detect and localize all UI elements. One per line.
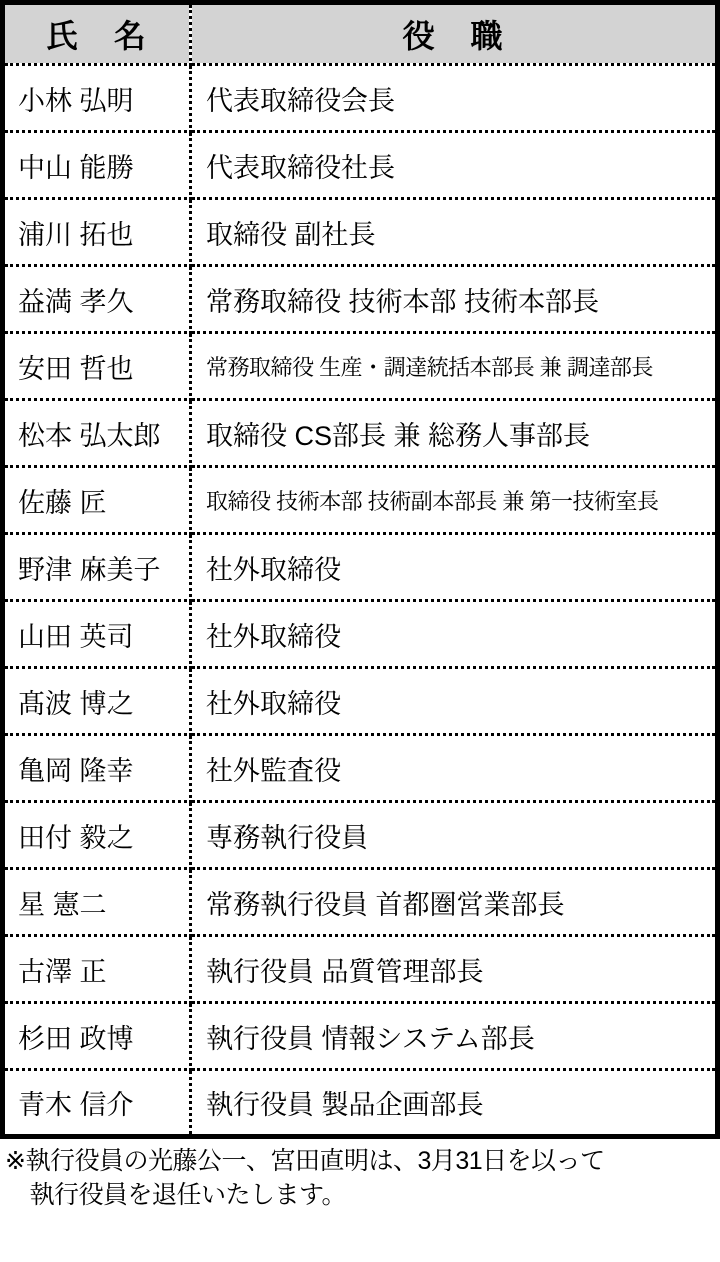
officer-title-cell: 常務執行役員 首都圏営業部長 — [191, 869, 718, 936]
table-row: 松本 弘太郎取締役 CS部長 兼 総務人事部長 — [3, 400, 718, 467]
table-row: 髙波 博之社外取締役 — [3, 668, 718, 735]
officer-title-cell: 常務取締役 技術本部 技術本部長 — [191, 266, 718, 333]
officer-title-cell: 代表取締役会長 — [191, 65, 718, 132]
officer-name-cell: 小林 弘明 — [3, 65, 191, 132]
officer-name-cell: 青木 信介 — [3, 1070, 191, 1137]
officer-name-cell: 益満 孝久 — [3, 266, 191, 333]
officer-name-cell: 田付 毅之 — [3, 802, 191, 869]
table-row: 益満 孝久常務取締役 技術本部 技術本部長 — [3, 266, 718, 333]
title-column-header: 役 職 — [191, 3, 718, 65]
officer-title-cell: 社外取締役 — [191, 668, 718, 735]
officer-name-cell: 亀岡 隆幸 — [3, 735, 191, 802]
press-release-officers-page: 氏 名 役 職 小林 弘明代表取締役会長中山 能勝代表取締役社長浦川 拓也取締役… — [0, 0, 720, 1262]
officer-title-cell: 取締役 技術本部 技術副本部長 兼 第一技術室長 — [191, 467, 718, 534]
table-row: 安田 哲也常務取締役 生産・調達統括本部長 兼 調達部長 — [3, 333, 718, 400]
officer-name-cell: 中山 能勝 — [3, 132, 191, 199]
table-row: 青木 信介執行役員 製品企画部長 — [3, 1070, 718, 1137]
officer-title-cell: 執行役員 情報システム部長 — [191, 1003, 718, 1070]
officer-title-cell: 代表取締役社長 — [191, 132, 718, 199]
officer-name-cell: 星 憲二 — [3, 869, 191, 936]
name-column-header: 氏 名 — [3, 3, 191, 65]
officers-table: 氏 名 役 職 小林 弘明代表取締役会長中山 能勝代表取締役社長浦川 拓也取締役… — [0, 0, 720, 1139]
officer-title-cell: 執行役員 品質管理部長 — [191, 936, 718, 1003]
table-body: 小林 弘明代表取締役会長中山 能勝代表取締役社長浦川 拓也取締役 副社長益満 孝… — [3, 65, 718, 1137]
footnote: ※執行役員の光藤公一、宮田直明は、3月31日を以って 執行役員を退任いたします。 — [5, 1144, 720, 1212]
officer-title-cell: 執行役員 製品企画部長 — [191, 1070, 718, 1137]
officer-name-cell: 安田 哲也 — [3, 333, 191, 400]
table-row: 浦川 拓也取締役 副社長 — [3, 199, 718, 266]
officer-name-cell: 浦川 拓也 — [3, 199, 191, 266]
officer-name-cell: 野津 麻美子 — [3, 534, 191, 601]
officer-title-cell: 取締役 CS部長 兼 総務人事部長 — [191, 400, 718, 467]
officer-name-cell: 佐藤 匠 — [3, 467, 191, 534]
table-header-row: 氏 名 役 職 — [3, 3, 718, 65]
table-row: 亀岡 隆幸社外監査役 — [3, 735, 718, 802]
officer-name-cell: 松本 弘太郎 — [3, 400, 191, 467]
table-row: 山田 英司社外取締役 — [3, 601, 718, 668]
table-row: 杉田 政博執行役員 情報システム部長 — [3, 1003, 718, 1070]
officer-name-cell: 髙波 博之 — [3, 668, 191, 735]
officer-name-cell: 杉田 政博 — [3, 1003, 191, 1070]
officer-name-cell: 山田 英司 — [3, 601, 191, 668]
table-row: 田付 毅之専務執行役員 — [3, 802, 718, 869]
table-row: 中山 能勝代表取締役社長 — [3, 132, 718, 199]
table-row: 佐藤 匠取締役 技術本部 技術副本部長 兼 第一技術室長 — [3, 467, 718, 534]
officer-name-cell: 古澤 正 — [3, 936, 191, 1003]
officer-title-cell: 社外監査役 — [191, 735, 718, 802]
table-row: 野津 麻美子社外取締役 — [3, 534, 718, 601]
officer-title-cell: 取締役 副社長 — [191, 199, 718, 266]
officer-title-cell: 社外取締役 — [191, 534, 718, 601]
officer-title-cell: 社外取締役 — [191, 601, 718, 668]
table-row: 古澤 正執行役員 品質管理部長 — [3, 936, 718, 1003]
officer-title-cell: 専務執行役員 — [191, 802, 718, 869]
table-row: 星 憲二常務執行役員 首都圏営業部長 — [3, 869, 718, 936]
table-row: 小林 弘明代表取締役会長 — [3, 65, 718, 132]
officer-title-cell: 常務取締役 生産・調達統括本部長 兼 調達部長 — [191, 333, 718, 400]
